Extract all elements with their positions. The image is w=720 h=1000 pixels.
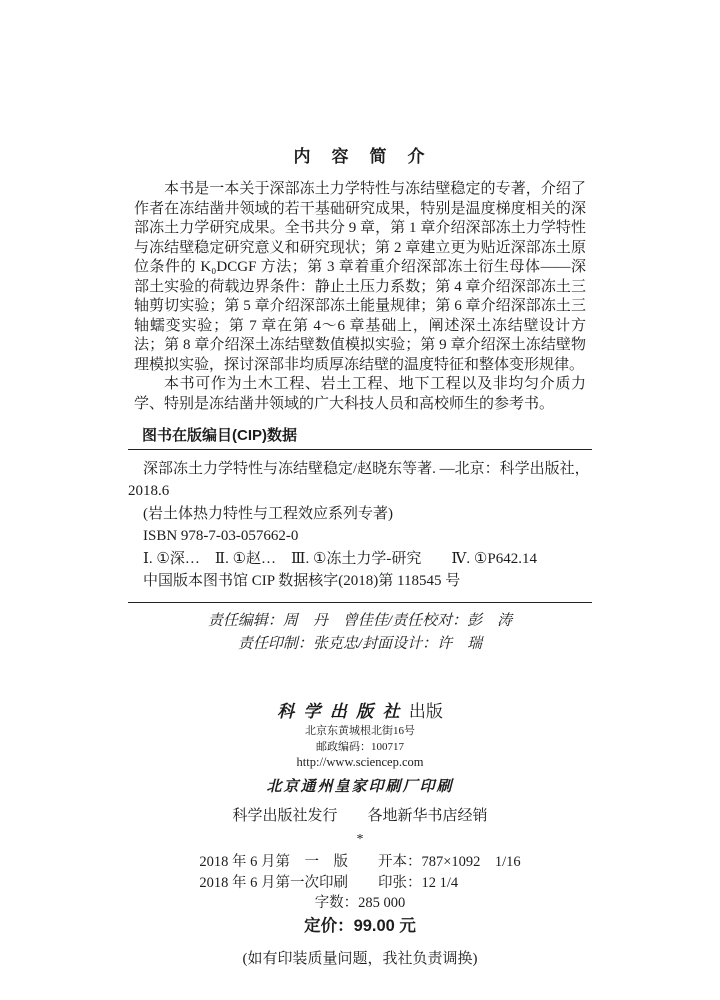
cip-isbn-line: ISBN 978-7-03-057662-0 [128, 525, 592, 547]
cip-rule-bottom [128, 602, 592, 603]
staff-credits-block: 责任编辑：周 丹 曾佳佳/责任校对：彭 涛 责任印制：张克忠/封面设计：许 瑞 [0, 610, 720, 656]
publisher-postcode: 邮政编码：100717 [0, 740, 720, 754]
cip-title-line: 深部冻土力学特性与冻结壁稳定/赵晓东等著. —北京：科学出版社， [128, 458, 592, 480]
publisher-logo-text: 科学出版社 [277, 702, 409, 721]
asterisk-divider: * [0, 833, 720, 847]
editor-credits-line: 责任编辑：周 丹 曾佳佳/责任校对：彭 涛 [0, 610, 720, 633]
format-line: 开本：787×1092 1/16 [378, 852, 521, 873]
publisher-website: http://www.sciencep.com [0, 755, 720, 770]
sheets-line: 印张：12 1/4 [378, 873, 521, 894]
publisher-block: 科学出版社出版 北京东黄城根北街16号 邮政编码：100717 http://w… [0, 702, 720, 796]
cip-year-line: 2018.6 [128, 480, 592, 502]
word-count-line: 字数：285 000 [0, 893, 720, 914]
cip-header: 图书在版编目(CIP)数据 [128, 426, 592, 446]
cip-data-block: 图书在版编目(CIP)数据 深部冻土力学特性与冻结壁稳定/赵晓东等著. —北京：… [128, 426, 592, 603]
summary-paragraph-1: 本书是一本关于深部冻土力学特性与冻结壁稳定的专著，介绍了作者在冻结凿井领域的若干… [134, 180, 586, 375]
publisher-name-suffix: 出版 [409, 702, 443, 721]
book-copyright-page: 内 容 简 介 本书是一本关于深部冻土力学特性与冻结壁稳定的专著，介绍了作者在冻… [0, 0, 720, 1000]
cip-series-line: (岩土体热力特性与工程效应系列专著) [128, 503, 592, 525]
distribution-line: 科学出版社发行 各地新华书店经销 [0, 807, 720, 826]
publisher-name-line: 科学出版社出版 [0, 702, 720, 722]
edition-details-block: 2018 年 6 月第 一 版 开本：787×1092 1/16 2018 年 … [0, 852, 720, 893]
content-summary-title: 内 容 简 介 [0, 142, 720, 167]
content-summary-block: 本书是一本关于深部冻土力学特性与冻结壁稳定的专著，介绍了作者在冻结凿井领域的若干… [134, 180, 586, 414]
quality-note: (如有印装质量问题，我社负责调换) [0, 950, 720, 969]
publisher-address: 北京东黄城根北街16号 [0, 724, 720, 738]
printing-house-line: 北京通州皇家印刷厂印刷 [0, 775, 720, 796]
summary-paragraph-2: 本书可作为土木工程、岩土工程、地下工程以及非均匀介质力学、特别是冻结凿井领域的广… [134, 375, 586, 414]
edition-line: 2018 年 6 月第 一 版 [199, 852, 348, 873]
price-line: 定价：99.00 元 [0, 916, 720, 937]
cip-record-line: 中国版本图书馆 CIP 数据核字(2018)第 118545 号 [128, 570, 592, 592]
cip-body: 深部冻土力学特性与冻结壁稳定/赵晓东等著. —北京：科学出版社， 2018.6 … [128, 450, 592, 599]
printing-run-line: 2018 年 6 月第一次印刷 [199, 873, 348, 894]
printing-credits-line: 责任印制：张克忠/封面设计：许 瑞 [0, 633, 720, 656]
cip-classification-line: Ⅰ. ①深… Ⅱ. ①赵… Ⅲ. ①冻土力学-研究 Ⅳ. ①P642.14 [128, 548, 592, 570]
